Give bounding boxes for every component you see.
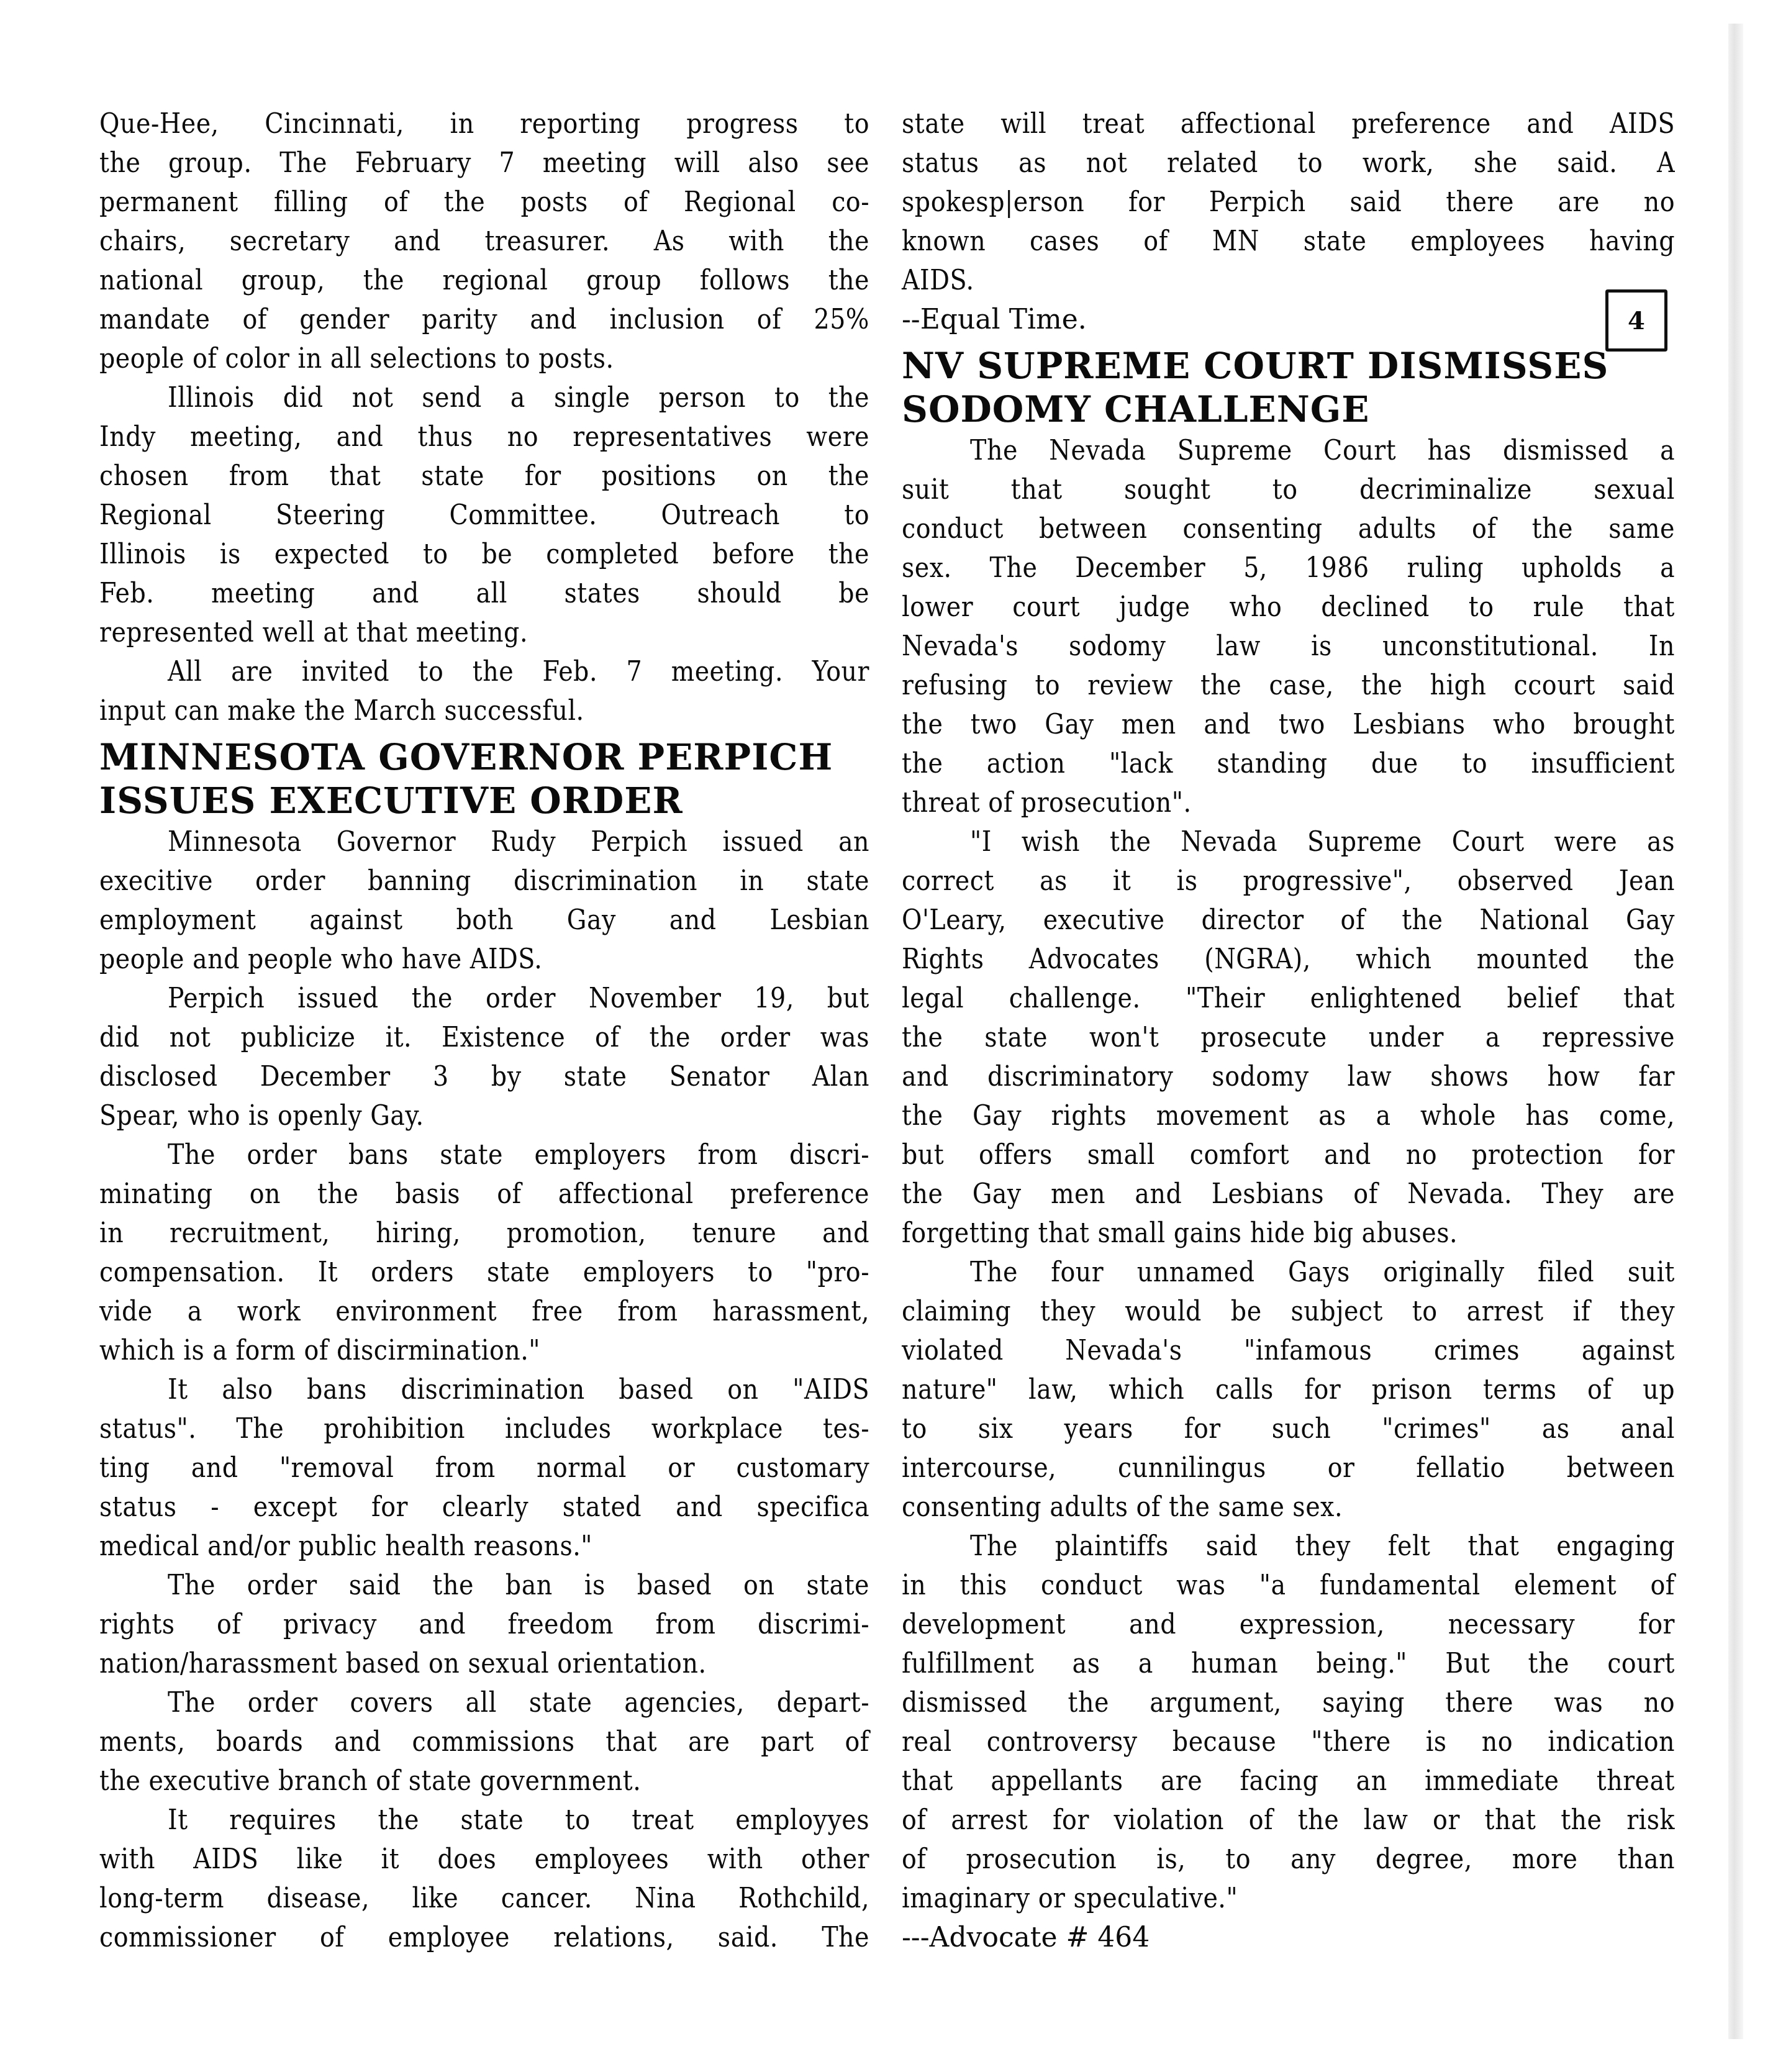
text-line: sex. The December 5, 1986 ruling upholds… (902, 548, 1675, 588)
text-line: Minnesota Governor Rudy Perpich issued a… (99, 822, 869, 861)
text-line: Regional Steering Committee. Outreach to (99, 496, 869, 535)
text-line: The Nevada Supreme Court has dismissed a (902, 431, 1675, 470)
headline-line: NV SUPREME COURT DISMISSES (902, 344, 1675, 388)
right-column: state will treat affectional preference … (902, 104, 1675, 1957)
text-line: and discriminatory sodomy law shows how … (902, 1057, 1675, 1096)
text-line: correct as it is progressive", observed … (902, 861, 1675, 901)
text-line: to six years for such "crimes" as anal (902, 1409, 1675, 1448)
text-line: The plaintiffs said they felt that engag… (902, 1527, 1675, 1566)
text-line: Feb. meeting and all states should be (99, 574, 869, 613)
text-line: Illinois did not send a single person to… (99, 378, 869, 417)
scanned-page-edge-shadow (1728, 24, 1743, 2039)
text-line: real controversy because "there is no in… (902, 1722, 1675, 1761)
text-line: The order bans state employers from disc… (99, 1135, 869, 1175)
text-line: threat of prosecution". (902, 783, 1675, 822)
text-line: Spear, who is openly Gay. (99, 1096, 869, 1135)
text-line: the executive branch of state government… (99, 1761, 869, 1801)
headline-line: SODOMY CHALLENGE (902, 388, 1675, 431)
text-line: suit that sought to decriminalize sexual (902, 470, 1675, 509)
text-line: long-term disease, like cancer. Nina Rot… (99, 1879, 869, 1918)
text-line: represented well at that meeting. (99, 613, 869, 652)
article-paragraph: The order bans state employers from disc… (99, 1135, 869, 1370)
text-line: dismissed the argument, saying there was… (902, 1683, 1675, 1722)
text-line: in recruitment, hiring, promotion, tenur… (99, 1214, 869, 1253)
page-number: 4 (1628, 306, 1645, 335)
article-source-credit: --Equal Time. (902, 300, 1675, 339)
text-line: of arrest for violation of the law or th… (902, 1801, 1675, 1840)
text-line: compensation. It orders state employers … (99, 1253, 869, 1292)
text-line: Nevada's sodomy law is unconstitutional.… (902, 627, 1675, 666)
text-line: mandate of gender parity and inclusion o… (99, 300, 869, 339)
text-line: chairs, secretary and treasurer. As with… (99, 222, 869, 261)
article-paragraph: It requires the state to treat employyes… (99, 1801, 869, 1957)
continued-paragraph: Que-Hee, Cincinnati, in reporting progre… (99, 104, 869, 378)
article-minnesota: MINNESOTA GOVERNOR PERPICH ISSUES EXECUT… (99, 735, 869, 1957)
text-line: The order covers all state agencies, dep… (99, 1683, 869, 1722)
text-line: O'Leary, executive director of the Natio… (902, 901, 1675, 940)
text-line: medical and/or public health reasons." (99, 1527, 869, 1566)
text-line: status - except for clearly stated and s… (99, 1488, 869, 1527)
article-paragraph: It also bans discrimination based on "AI… (99, 1370, 869, 1566)
paragraph-invite: All are invited to the Feb. 7 meeting. Y… (99, 652, 869, 730)
text-line: input can make the March successful. (99, 691, 869, 730)
text-line: legal challenge. "Their enlightened beli… (902, 979, 1675, 1018)
mn-article-continued: state will treat affectional preference … (902, 104, 1675, 339)
text-line: Que-Hee, Cincinnati, in reporting progre… (99, 104, 869, 143)
text-line: ting and "removal from normal or customa… (99, 1448, 869, 1488)
text-line: rights of privacy and freedom from discr… (99, 1605, 869, 1644)
text-line: lower court judge who declined to rule t… (902, 588, 1675, 627)
text-line: of prosecution is, to any degree, more t… (902, 1840, 1675, 1879)
text-line: the action "lack standing due to insuffi… (902, 744, 1675, 783)
text-line: nature" law, which calls for prison term… (902, 1370, 1675, 1409)
text-line: the group. The February 7 meeting will a… (99, 143, 869, 183)
text-line: spokesp|erson for Perpich said there are… (902, 183, 1675, 222)
left-column: Que-Hee, Cincinnati, in reporting progre… (99, 104, 869, 1957)
text-line: with AIDS like it does employees with ot… (99, 1840, 869, 1879)
text-line: the Gay men and Lesbians of Nevada. They… (902, 1175, 1675, 1214)
article-paragraph: The four unnamed Gays originally filed s… (902, 1253, 1675, 1527)
text-line: fulfillment as a human being." But the c… (902, 1644, 1675, 1683)
text-line: All are invited to the Feb. 7 meeting. Y… (99, 652, 869, 691)
text-line: the two Gay men and two Lesbians who bro… (902, 705, 1675, 744)
text-line: development and expression, necessary fo… (902, 1605, 1675, 1644)
text-line: imaginary or speculative." (902, 1879, 1675, 1918)
text-line: people and people who have AIDS. (99, 940, 869, 979)
text-line: the Gay rights movement as a whole has c… (902, 1096, 1675, 1135)
article-paragraph: The plaintiffs said they felt that engag… (902, 1527, 1675, 1918)
article-paragraph: "I wish the Nevada Supreme Court were as… (902, 822, 1675, 1253)
text-line: Perpich issued the order November 19, bu… (99, 979, 869, 1018)
text-line: intercourse, cunnilingus or fellatio bet… (902, 1448, 1675, 1488)
text-line: national group, the regional group follo… (99, 261, 869, 300)
text-line: "I wish the Nevada Supreme Court were as (902, 822, 1675, 861)
text-line: conduct between consenting adults of the… (902, 509, 1675, 548)
article-paragraph: The Nevada Supreme Court has dismissed a… (902, 431, 1675, 822)
page-number-box: 4 (1605, 289, 1667, 352)
text-line: execitive order banning discrimination i… (99, 861, 869, 901)
text-line: employment against both Gay and Lesbian (99, 901, 869, 940)
text-line: Rights Advocates (NGRA), which mounted t… (902, 940, 1675, 979)
article-paragraph: The order said the ban is based on state… (99, 1566, 869, 1683)
text-line: which is a form of discirmination." (99, 1331, 869, 1370)
article-paragraph: Perpich issued the order November 19, bu… (99, 979, 869, 1135)
headline-line: MINNESOTA GOVERNOR PERPICH (99, 735, 869, 779)
text-line: refusing to review the case, the high cc… (902, 666, 1675, 705)
text-line: permanent filling of the posts of Region… (99, 183, 869, 222)
text-line: commissioner of employee relations, said… (99, 1918, 869, 1957)
text-line: status". The prohibition includes workpl… (99, 1409, 869, 1448)
article-paragraph: The order covers all state agencies, dep… (99, 1683, 869, 1801)
text-line: It also bans discrimination based on "AI… (99, 1370, 869, 1409)
text-line: but offers small comfort and no protecti… (902, 1135, 1675, 1175)
text-line: The four unnamed Gays originally filed s… (902, 1253, 1675, 1292)
text-line: AIDS. (902, 261, 1675, 300)
text-line: The order said the ban is based on state (99, 1566, 869, 1605)
article-source-credit: ---Advocate # 464 (902, 1918, 1675, 1957)
text-line: people of color in all selections to pos… (99, 339, 869, 378)
text-line: that appellants are facing an immediate … (902, 1761, 1675, 1801)
headline-line: ISSUES EXECUTIVE ORDER (99, 779, 869, 822)
text-line: forgetting that small gains hide big abu… (902, 1214, 1675, 1253)
article-nevada: NV SUPREME COURT DISMISSES SODOMY CHALLE… (902, 344, 1675, 1957)
text-line: consenting adults of the same sex. (902, 1488, 1675, 1527)
text-line: disclosed December 3 by state Senator Al… (99, 1057, 869, 1096)
text-line: vide a work environment free from harass… (99, 1292, 869, 1331)
text-line: ments, boards and commissions that are p… (99, 1722, 869, 1761)
text-line: state will treat affectional preference … (902, 104, 1675, 143)
text-line: Indy meeting, and thus no representative… (99, 417, 869, 457)
text-line: did not publicize it. Existence of the o… (99, 1018, 869, 1057)
text-line: nation/harassment based on sexual orient… (99, 1644, 869, 1683)
text-line: Illinois is expected to be completed bef… (99, 535, 869, 574)
paragraph-illinois: Illinois did not send a single person to… (99, 378, 869, 652)
text-line: in this conduct was "a fundamental eleme… (902, 1566, 1675, 1605)
text-line: the state won't prosecute under a repres… (902, 1018, 1675, 1057)
text-line: claiming they would be subject to arrest… (902, 1292, 1675, 1331)
text-line: minating on the basis of affectional pre… (99, 1175, 869, 1214)
text-line: chosen from that state for positions on … (99, 457, 869, 496)
article-paragraph: Minnesota Governor Rudy Perpich issued a… (99, 822, 869, 979)
text-line: violated Nevada's "infamous crimes again… (902, 1331, 1675, 1370)
text-line: status as not related to work, she said.… (902, 143, 1675, 183)
text-line: It requires the state to treat employyes (99, 1801, 869, 1840)
text-line: known cases of MN state employees having (902, 222, 1675, 261)
